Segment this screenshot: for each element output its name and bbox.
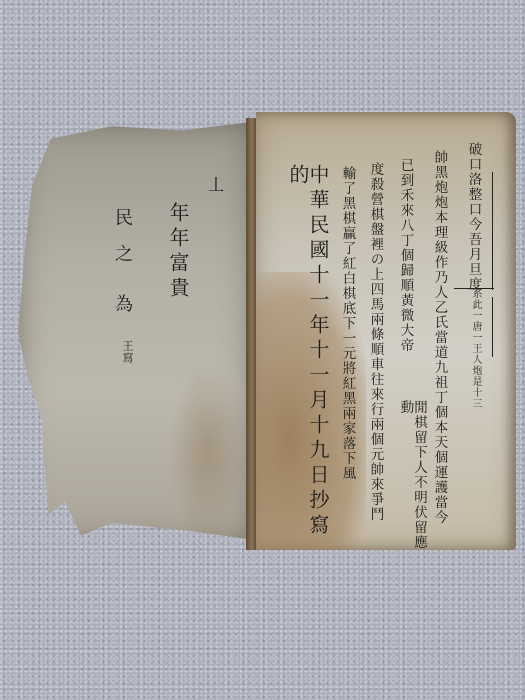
text-column-2: 輸了黑棋贏了紅白棋底下一元將紅黑兩家落下風: [340, 166, 354, 481]
left-page: 丄 年年富貴 民之 為 王寫: [18, 122, 252, 544]
left-column-blessing: 年年富貴: [168, 202, 188, 302]
bracket-line: [492, 172, 493, 290]
left-seal-note: 王寫: [122, 340, 133, 364]
text-column-3: 度殺營棋盤裡の上四馬兩條順車往來行兩個元帥來爭鬥: [368, 162, 382, 522]
bracket-line: [492, 297, 493, 357]
cross-mark: [454, 288, 494, 289]
text-column-6-upper: 破口洛整口今吾月旦度: [466, 142, 480, 292]
right-page: 中華民國十一年十一月十九日抄寫的 輸了黑棋贏了紅白棋底下一元將紅黑兩家落下風 度…: [256, 112, 516, 550]
text-column-6-lower: 系此一唐一王人炮是十三: [470, 288, 480, 409]
left-column-lower: 為: [113, 294, 131, 317]
top-mark: 丄: [208, 172, 224, 195]
date-column: 中華民國十一年十一月十九日抄寫的: [288, 164, 328, 550]
left-column-name: 民之: [113, 208, 131, 280]
text-column-5: 帥黑炮炮本理級作乃人乙氏當道九祖丁個本天個運護當今: [432, 150, 446, 525]
text-column-4-lower: 閒棋留下人不明伏留應動: [398, 400, 425, 550]
text-column-4-upper: 已到禾來八丁個歸順黃微大帝: [398, 158, 412, 353]
